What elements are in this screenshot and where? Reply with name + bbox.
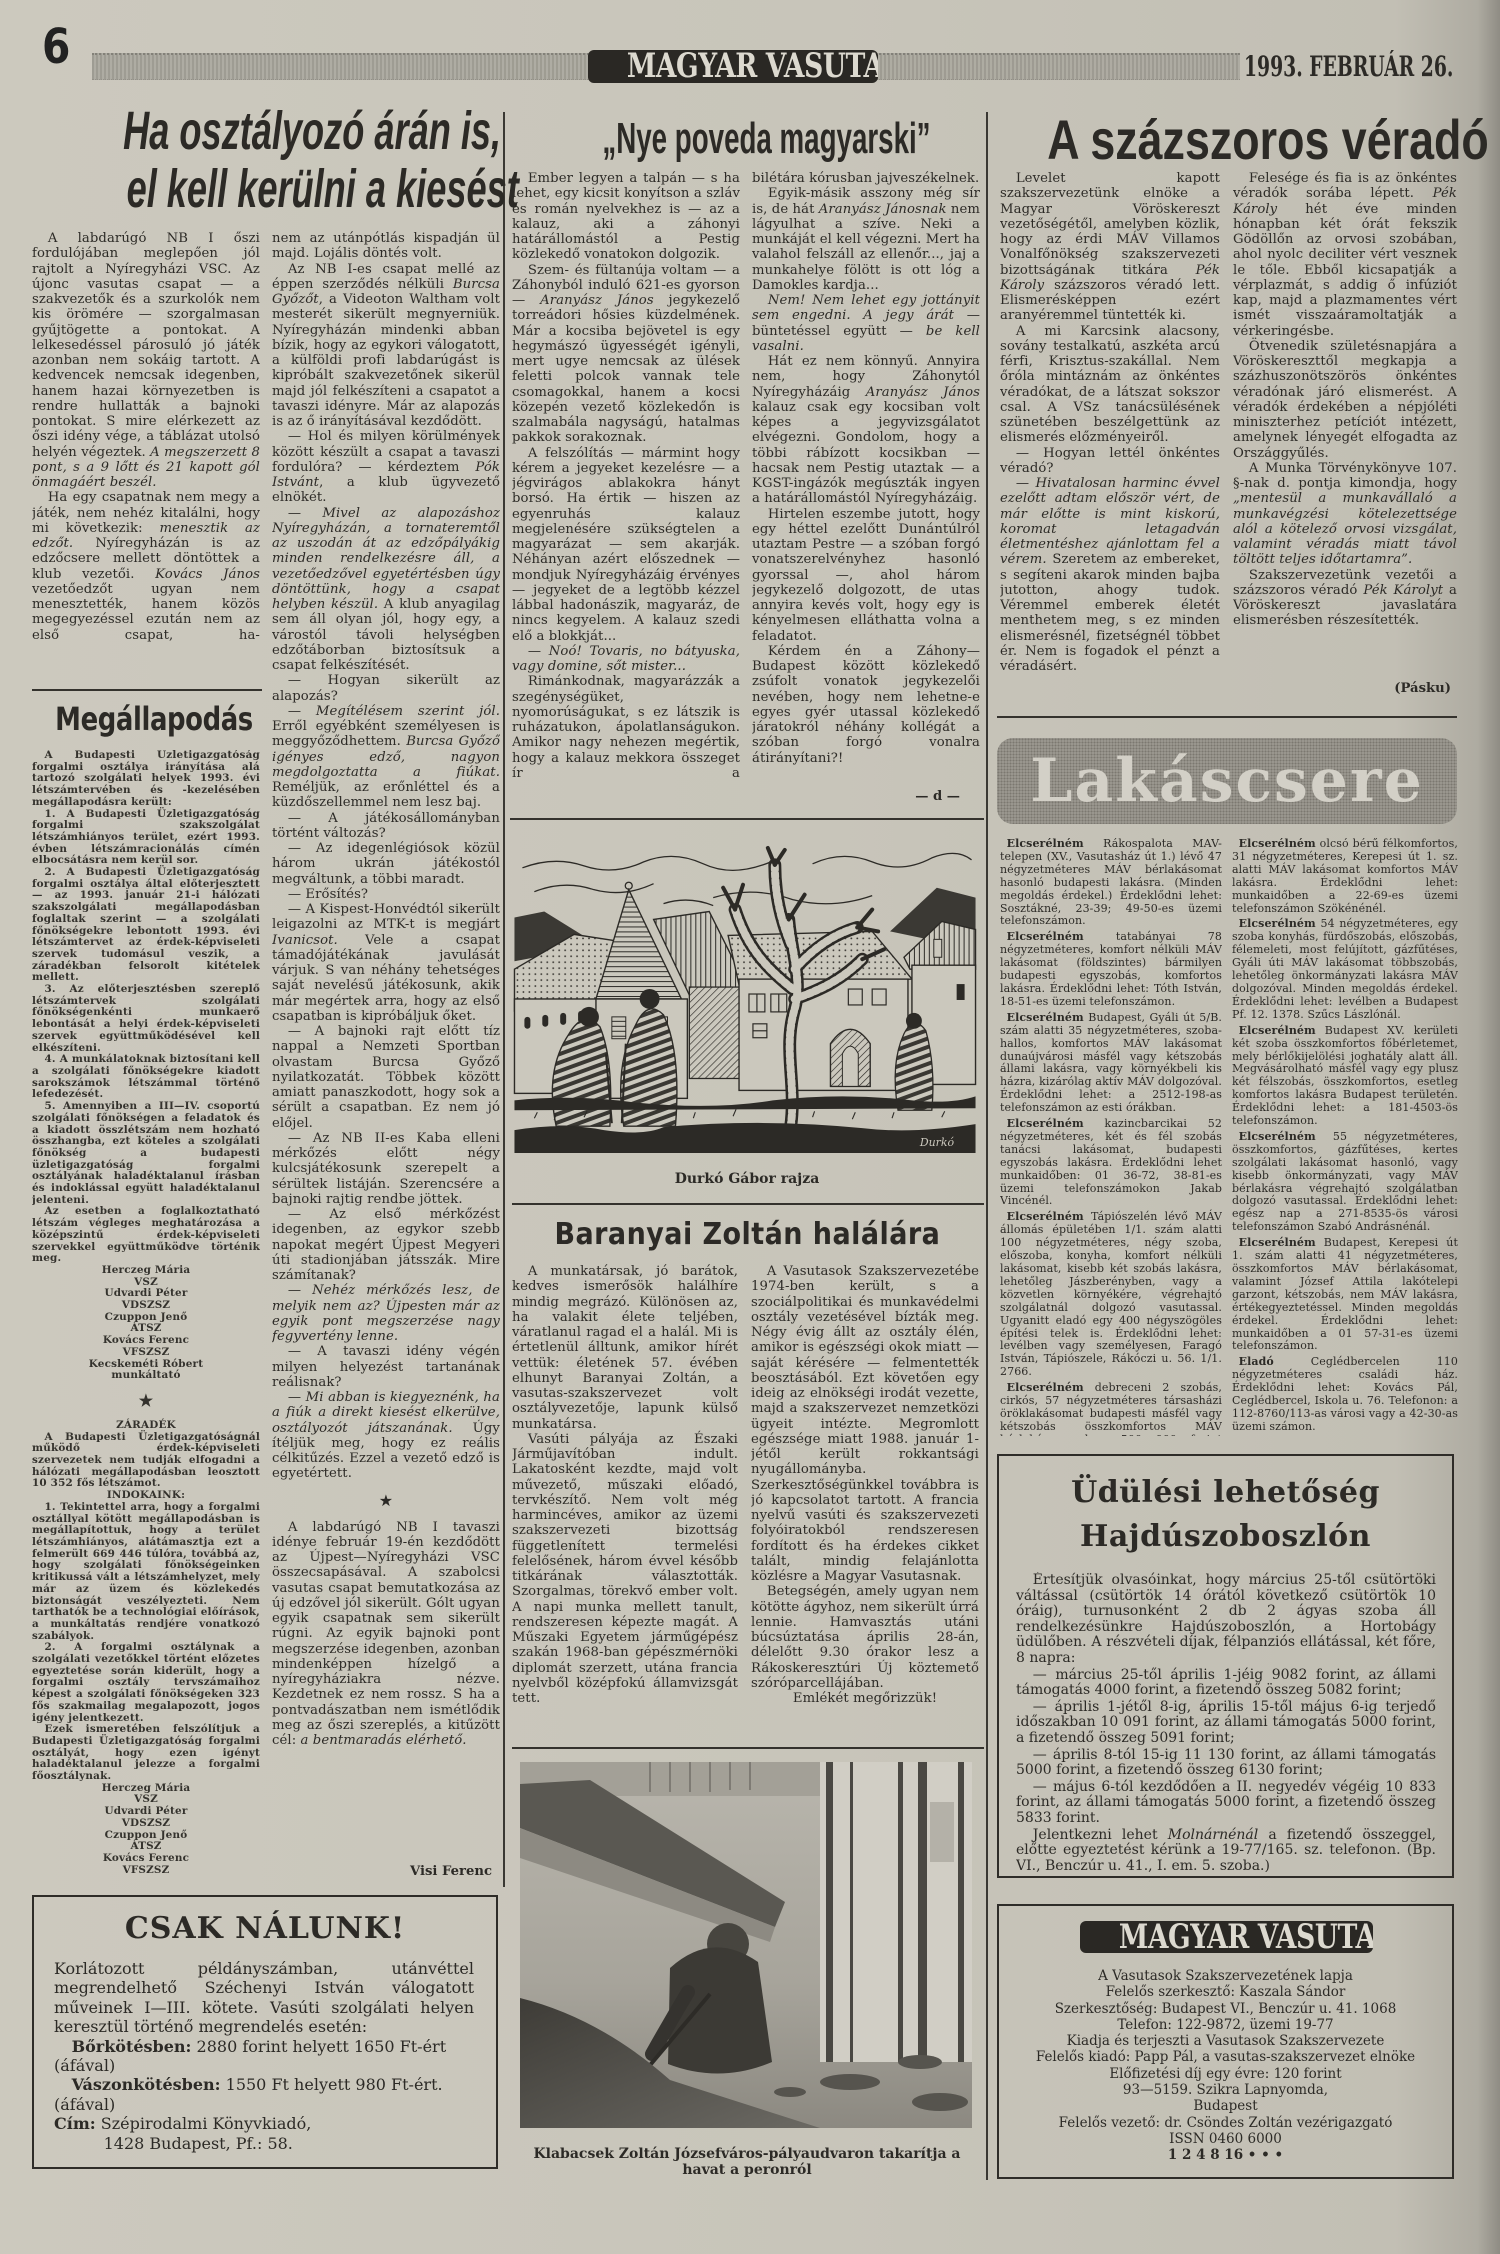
football-column-2: nem az utánpótlás kispadján ül majd. Loj…	[272, 231, 500, 1879]
paragraph: Korlátozott példányszámban, utánvéttel m…	[54, 1959, 474, 2037]
bold-text: Elcserélném	[1007, 1210, 1084, 1223]
blood-donor-column-1: Levelet kapott szakszervezetünk elnöke a…	[1000, 171, 1220, 703]
paragraph: Betegségén, amely ugyan nem kötötte ágyh…	[751, 1584, 979, 1691]
paragraph: — Hivatalosan harminc évvel ezelőtt adta…	[1000, 476, 1220, 674]
italic-text: A megszerzett 8 pont, s a 9 lőtt és 21 k…	[32, 445, 260, 491]
bold-text: Elcserélném	[1239, 1130, 1316, 1143]
italic-text: Megítélésem szerint jól.	[316, 704, 500, 719]
agreement-title-text: Megállapodás	[55, 700, 253, 738]
paragraph: A mi Karcsink alacsony, sovány testalkat…	[1000, 324, 1220, 446]
paragraph: Kovács Ferenc	[32, 1853, 260, 1865]
italic-text: Ivanicsot.	[272, 933, 338, 948]
paragraph: — Megítélésem szerint jól. Erről egyébké…	[272, 704, 500, 811]
paragraph: Emlékét megőrizzük!	[751, 1691, 979, 1706]
bold-text: Elcserélném	[1007, 1117, 1084, 1130]
housing-ads-column-2: Elcserélném olcsó bérű félkomfortos, 31 …	[1232, 838, 1458, 1436]
bold-text: Elcserélném	[1007, 930, 1084, 943]
bold-text: Elcserélném	[1007, 1011, 1084, 1024]
bold-text: Eladó	[1239, 1355, 1274, 1368]
paragraph: munkáltató	[32, 1370, 260, 1382]
paragraph: Eladó Ceglédbercelen 110 négyzetméteres …	[1232, 1356, 1458, 1433]
section-rule	[510, 818, 984, 820]
paragraph: 3. Az előterjesztésben szereplő létszámt…	[32, 984, 260, 1054]
paragraph: VDSZSZ	[32, 1300, 260, 1312]
section-rule	[512, 1203, 984, 1205]
paragraph: — Az első mérkőzést idegenben, az egykor…	[272, 1207, 500, 1283]
paragraph: 1. A Budapesti Üzletigazgatóság forgalmi…	[32, 809, 260, 868]
italic-text: Molnárnénál	[1168, 1827, 1258, 1843]
holiday-box: Üdülési lehetőség Hajdúszoboszlón Értesí…	[997, 1454, 1454, 1878]
obituary-headline-text: Baranyai Zoltán halálára	[554, 1216, 940, 1254]
paragraph: Elcserélném Budapest XV. kerületi két sz…	[1232, 1025, 1458, 1128]
drawing-icon: Durkó	[513, 840, 977, 1153]
paragraph: Hirtelen eszembe jutott, hogy egy héttel…	[752, 507, 980, 644]
holiday-title-line-1: Üdülési lehetőség	[999, 1474, 1452, 1512]
paragraph: A Vasutasok Szakszervezetébe 1974-ben ke…	[751, 1264, 979, 1584]
italic-text: a bentmaradás elérhető.	[301, 1733, 467, 1748]
football-column-1: A labdarúgó NB I őszi fordulójában megle…	[32, 231, 260, 672]
paragraph: 2. A forgalmi osztálynak a szolgálati ve…	[32, 1642, 260, 1724]
holiday-title-line-2: Hajdúszoboszlón	[999, 1518, 1452, 1556]
blood-donor-byline: (Pásku)	[1233, 681, 1451, 696]
paragraph: — Az NB II-es Kaba elleni mérkőzés előtt…	[272, 1131, 500, 1207]
column-divider	[503, 112, 505, 1887]
paragraph: — Hogyan sikerült az alapozás?	[272, 673, 500, 704]
page-number: 6	[42, 22, 70, 72]
paragraph: Az esetben a foglalkoztatható létszám vé…	[32, 1206, 260, 1265]
photo-caption: Klabacsek Zoltán Józsefváros-pályaudvaro…	[510, 2146, 984, 2178]
illustration-caption: Durkó Gábor rajza	[510, 1171, 984, 1187]
paragraph: Ötvenedik születésnapjára a Vöröskereszt…	[1233, 339, 1457, 461]
paragraph: A labdarúgó NB I tavaszi idénye február …	[272, 1520, 500, 1749]
obituary-column-1: A munkatársak, jó barátok, kedves ismerő…	[512, 1264, 738, 1734]
masthead-logo: MAGYAR VASUTAS	[588, 50, 878, 83]
bold-text: Cím:	[54, 2114, 96, 2133]
conductor-column-1: Ember legyen a talpán — s ha lehet, egy …	[512, 171, 740, 796]
italic-text: Nehéz mérkőzés lesz, de melyik nem az? Ú…	[272, 1283, 500, 1344]
housing-exchange-title: Lakáscsere	[1030, 738, 1424, 824]
issue-date: 1993. FEBRUÁR 26.	[1244, 50, 1474, 84]
colophon-line: Budapest	[999, 2098, 1452, 2114]
bold-text: Elcserélném	[1239, 838, 1316, 850]
colophon-line: 93—5159. Szikra Lapnyomda,	[999, 2082, 1452, 2098]
italic-text: Aranyász János	[866, 385, 980, 400]
book-offer-body: Korlátozott példányszámban, utánvéttel m…	[54, 1959, 474, 2159]
blood-donor-column-2: Felesége és fia is az önkéntes véradók s…	[1233, 171, 1457, 679]
paragraph: — Hol és milyen körülmények között készü…	[272, 429, 500, 505]
bold-text: Elcserélném	[1007, 1381, 1084, 1394]
paragraph: ZÁRADÉK	[32, 1420, 260, 1432]
paragraph: 2. A Budapesti Üzletigazgatóság forgalmi…	[32, 867, 260, 984]
obituary-headline: Baranyai Zoltán halálára	[510, 1216, 984, 1254]
conductor-headline-text: „Nye poveda magyarski”	[602, 116, 930, 162]
paragraph: VDSZSZ	[32, 1818, 260, 1830]
paragraph: Felesége és fia is az önkéntes véradók s…	[1233, 171, 1457, 339]
paragraph: (áfával)	[54, 2056, 474, 2075]
paragraph: Értesítjük olvasóinkat, hogy március 25-…	[1016, 1573, 1436, 1667]
newspaper-page: 6 MAGYAR VASUTAS 1993. FEBRUÁR 26. Ha os…	[0, 0, 1500, 2254]
conductor-headline: „Nye poveda magyarski”	[506, 116, 986, 162]
paragraph: A Munka Törvénykönyve 107. §-nak d. pont…	[1233, 461, 1457, 568]
paragraph: nem az utánpótlás kispadján ül majd. Loj…	[272, 231, 500, 262]
colophon-line: Előfizetési díj egy évre: 120 forint	[999, 2066, 1452, 2082]
colophon-line: ISSN 0460 6000	[999, 2131, 1452, 2147]
italic-text: Noó! Tovaris, no bátyuska, vagy domine, …	[512, 644, 740, 674]
colophon-line: Telefon: 122-9872, üzemi 19-77	[999, 2017, 1452, 2033]
paragraph: 4. A munkálatoknak biztosítani kell a sz…	[32, 1054, 260, 1101]
paragraph: Elcserélném Budapest, Gyáli út 5/B. szám…	[1000, 1012, 1222, 1115]
italic-text: Pék Károly	[1233, 186, 1457, 216]
colophon-line: Kiadja és terjeszti a Vasutasok Szakszer…	[999, 2033, 1452, 2049]
bold-text: Elcserélném	[1239, 917, 1316, 930]
colophon-line: Felelős szerkesztő: Kaszala Sándor	[999, 1984, 1452, 2000]
issue-date-text: 1993. FEBRUÁR 26.	[1244, 50, 1453, 84]
paragraph: Rimánkodnak, magyarázzák a szegénységüke…	[512, 674, 740, 781]
paragraph: Bőrkötésben: 2880 forint helyett 1650 Ft…	[54, 2037, 474, 2056]
italic-text: Pék Károly	[1000, 263, 1220, 293]
paragraph: Elcserélném tatabányai 78 négyzetméteres…	[1000, 931, 1222, 1008]
paragraph: 1428 Budapest, Pf.: 58.	[54, 2134, 474, 2153]
conductor-column-2: bilétára kórusban jajveszékelnek.Egyik-m…	[752, 171, 980, 781]
bold-text: Elcserélném	[1007, 838, 1084, 850]
paragraph: — Az idegenlégiósok közül három ukrán já…	[272, 841, 500, 887]
italic-text: Mi abban is kiegyeznénk, ha a fiúk a dir…	[272, 1390, 500, 1436]
paragraph: (áfával)	[54, 2095, 474, 2114]
section-rule	[32, 689, 262, 691]
paragraph: Elcserélném Tápiószelén lévő MÁV állomás…	[1000, 1211, 1222, 1379]
italic-text: Mivel az alapozáshoz Nyíregyházán, a tor…	[272, 506, 500, 613]
blood-donor-headline: A százszoros véradó	[992, 110, 1462, 170]
paragraph: Jelentkezni lehet Molnárnénál a fizetend…	[1016, 1828, 1436, 1873]
paragraph: A Budapesti Üzletigazgatóság forgalmi os…	[32, 750, 260, 809]
svg-text:Durkó: Durkó	[919, 1136, 955, 1149]
italic-text: Kovács János	[155, 567, 260, 582]
football-byline: Visi Ferenc	[272, 1864, 492, 1879]
obituary-column-2: A Vasutasok Szakszervezetébe 1974-ben ke…	[751, 1264, 979, 1734]
paragraph: Elcserélném debreceni 2 szobás, cirkós, …	[1000, 1382, 1222, 1436]
paragraph: Ha egy csapatnak nem megy a játék, nem n…	[32, 490, 260, 643]
illustration-village-scene: Durkó	[513, 840, 977, 1153]
paragraph: Az NB I-es csapat mellé az éppen szerződ…	[272, 262, 500, 430]
housing-exchange-banner: Lakáscsere	[997, 738, 1457, 824]
paragraph: — A játékosállományban történt változás?	[272, 811, 500, 842]
colophon-line: A Vasutasok Szakszervezetének lapja	[999, 1968, 1452, 1984]
paragraph: — A bajnoki rajt előtt tíz nappal a Nemz…	[272, 1024, 500, 1131]
paragraph: Elcserélném 55 négyzetméteres, összkomfo…	[1232, 1131, 1458, 1234]
paragraph: — A Kispest-Honvédtól sikerült leigazoln…	[272, 902, 500, 1024]
blood-donor-headline-text: A százszoros véradó	[1047, 110, 1489, 170]
paragraph: Cím: Szépirodalmi Könyvkiadó,	[54, 2114, 474, 2133]
book-offer-box: CSAK NÁLUNK! Korlátozott példányszámban,…	[32, 1895, 498, 2169]
book-offer-title: CSAK NÁLUNK!	[34, 1909, 496, 1949]
paragraph: — március 25-től április 1-jéig 9082 for…	[1016, 1668, 1436, 1699]
italic-text: Burcsa Győzőt	[272, 277, 500, 307]
paragraph: Elcserélném 54 négyzetméteres, egy szoba…	[1232, 918, 1458, 1021]
paragraph: A labdarúgó NB I őszi fordulójában megle…	[32, 231, 260, 490]
football-headline: Ha osztályozó árán is, el kell kerülni a…	[30, 102, 504, 218]
paragraph: Vászonkötésben: 1550 Ft helyett 980 Ft-é…	[54, 2075, 474, 2094]
paragraph: Elcserélném olcsó bérű félkomfortos, 31 …	[1232, 838, 1458, 915]
italic-text: Hivatalosan harminc évvel ezelőtt adtam …	[1000, 476, 1220, 567]
masthead-text: MAGYAR VASUTAS	[627, 50, 878, 83]
conductor-signature: — d —	[752, 789, 972, 804]
paragraph: ★	[32, 1386, 260, 1416]
italic-text: menesztik az edzőt.	[32, 521, 260, 551]
agreement-body: A Budapesti Üzletigazgatóság forgalmi os…	[32, 750, 260, 1882]
paragraph: — április 8-tól 15-ig 11 130 forint, az …	[1016, 1748, 1436, 1779]
italic-text: Nem! Nem lehet egy jottányit sem engedni…	[752, 293, 980, 323]
colophon-masthead: MAGYAR VASUTAS	[1080, 1921, 1373, 1953]
paragraph: — május 6-tól kezdődően a II. negyedév v…	[1016, 1780, 1436, 1827]
paragraph: A Budapesti Üzletigazgatóságnál működő é…	[32, 1432, 260, 1491]
italic-text: be kell vasalni.	[752, 324, 980, 354]
colophon-line: Felelős kiadó: Papp Pál, a vasutas-szaks…	[999, 2049, 1452, 2065]
bold-text: Elcserélném	[1239, 1024, 1316, 1037]
colophon-line: 1 2 4 8 16 • • •	[999, 2147, 1452, 2163]
section-rule	[997, 716, 1457, 718]
italic-text: Aranyász János	[540, 293, 654, 308]
paragraph: 1. Tekintettel arra, hogy a forgalmi osz…	[32, 1502, 260, 1642]
paragraph: 5. Amennyiben a III—IV. csoportú szolgál…	[32, 1101, 260, 1206]
paragraph: — Mivel az alapozáshoz Nyíregyházán, a t…	[272, 506, 500, 674]
bold-text: Bőrkötésben:	[72, 2037, 192, 2056]
photo-snow-cleaning	[520, 1762, 972, 2128]
italic-text: Pók Istvánt	[272, 460, 500, 490]
paragraph: — Nehéz mérkőzés lesz, de melyik nem az?…	[272, 1283, 500, 1344]
paragraph: Elcserélném kazincbarcikai 52 négyzetmét…	[1000, 1118, 1222, 1208]
paragraph: Elcserélném Rákospalota MÁV-telepen (XV.…	[1000, 838, 1222, 928]
paragraph: Kérdem én a Záhony—Budapest között közle…	[752, 644, 980, 766]
colophon-masthead-text: MAGYAR VASUTAS	[1119, 1921, 1373, 1953]
agreement-title: Megállapodás	[32, 700, 262, 738]
paragraph: A felszólítás — mármint hogy kérem a jeg…	[512, 446, 740, 644]
bold-text: Vászonkötésben:	[72, 2075, 221, 2094]
paragraph: Szem- és fültanúja voltam — a Záhonyból …	[512, 263, 740, 446]
paragraph: — április 1-jétől 8-ig, április 15-től m…	[1016, 1700, 1436, 1747]
paragraph: Ezek ismeretében felszólítjuk a Budapest…	[32, 1724, 260, 1783]
paragraph: — Mi abban is kiegyeznénk, ha a fiúk a d…	[272, 1390, 500, 1482]
paragraph: Herczeg Mária	[32, 1265, 260, 1277]
paragraph: Vasúti pályája az Északi Járműjavítóban …	[512, 1432, 738, 1707]
colophon-box: MAGYAR VASUTAS A Vasutasok Szakszervezet…	[997, 1904, 1454, 2179]
italic-text: „mentesül a munkavállaló a munkavégzési …	[1233, 491, 1457, 567]
italic-text: Burcsa Győző igényes edző, nagyon megdol…	[272, 734, 500, 780]
bold-text: Elcserélném	[1239, 1236, 1316, 1249]
column-divider	[986, 112, 988, 2180]
paragraph: bilétára kórusban jajveszékelnek.	[752, 171, 980, 186]
paragraph: ★	[272, 1486, 500, 1516]
housing-ads-column-1: Elcserélném Rákospalota MÁV-telepen (XV.…	[1000, 838, 1222, 1436]
holiday-body: Értesítjük olvasóinkat, hogy március 25-…	[1016, 1572, 1436, 1872]
headline-line: Ha osztályozó árán is,	[123, 102, 501, 160]
colophon-line: Felelős vezető: dr. Csöndes Zoltán vezér…	[999, 2115, 1452, 2131]
photo-icon	[520, 1762, 972, 2128]
colophon-line: Szerkesztőség: Budapest VI., Benczúr u. …	[999, 2001, 1452, 2017]
paragraph: — Hogyan lettél önkéntes véradó?	[1000, 446, 1220, 477]
paragraph: Szakszervezetünk vezetői a százszoros vé…	[1233, 568, 1457, 629]
colophon-lines: A Vasutasok Szakszervezetének lapja Fele…	[999, 1968, 1452, 2164]
paragraph: Egyik-másik asszony még sír is, de hát A…	[752, 186, 980, 293]
paragraph: — A tavaszi idény végén milyen helyezést…	[272, 1344, 500, 1390]
section-rule	[512, 1747, 984, 1749]
paragraph: Elcserélném Budapest, Kerepesi út 1. szá…	[1232, 1237, 1458, 1353]
paragraph: Hát ez nem könnyű. Annyira nem, hogy Záh…	[752, 354, 980, 507]
paragraph: Levelet kapott szakszervezetünk elnöke a…	[1000, 171, 1220, 324]
paragraph: VFSZSZ	[32, 1347, 260, 1359]
paragraph: — Erősítés?	[272, 887, 500, 902]
paragraph: — Noó! Tovaris, no bátyuska, vagy domine…	[512, 644, 740, 675]
paragraph: A munkatársak, jó barátok, kedves ismerő…	[512, 1264, 738, 1432]
paragraph: Ember legyen a talpán — s ha lehet, egy …	[512, 171, 740, 263]
italic-text: Pék Károlyt	[1363, 583, 1443, 598]
paragraph: Nem! Nem lehet egy jottányit sem engedni…	[752, 293, 980, 354]
italic-text: Aranyász Jánosnak	[819, 202, 947, 217]
headline-line: el kell kerülni a kiesést	[127, 160, 519, 218]
paragraph: VFSZSZ	[32, 1865, 260, 1877]
